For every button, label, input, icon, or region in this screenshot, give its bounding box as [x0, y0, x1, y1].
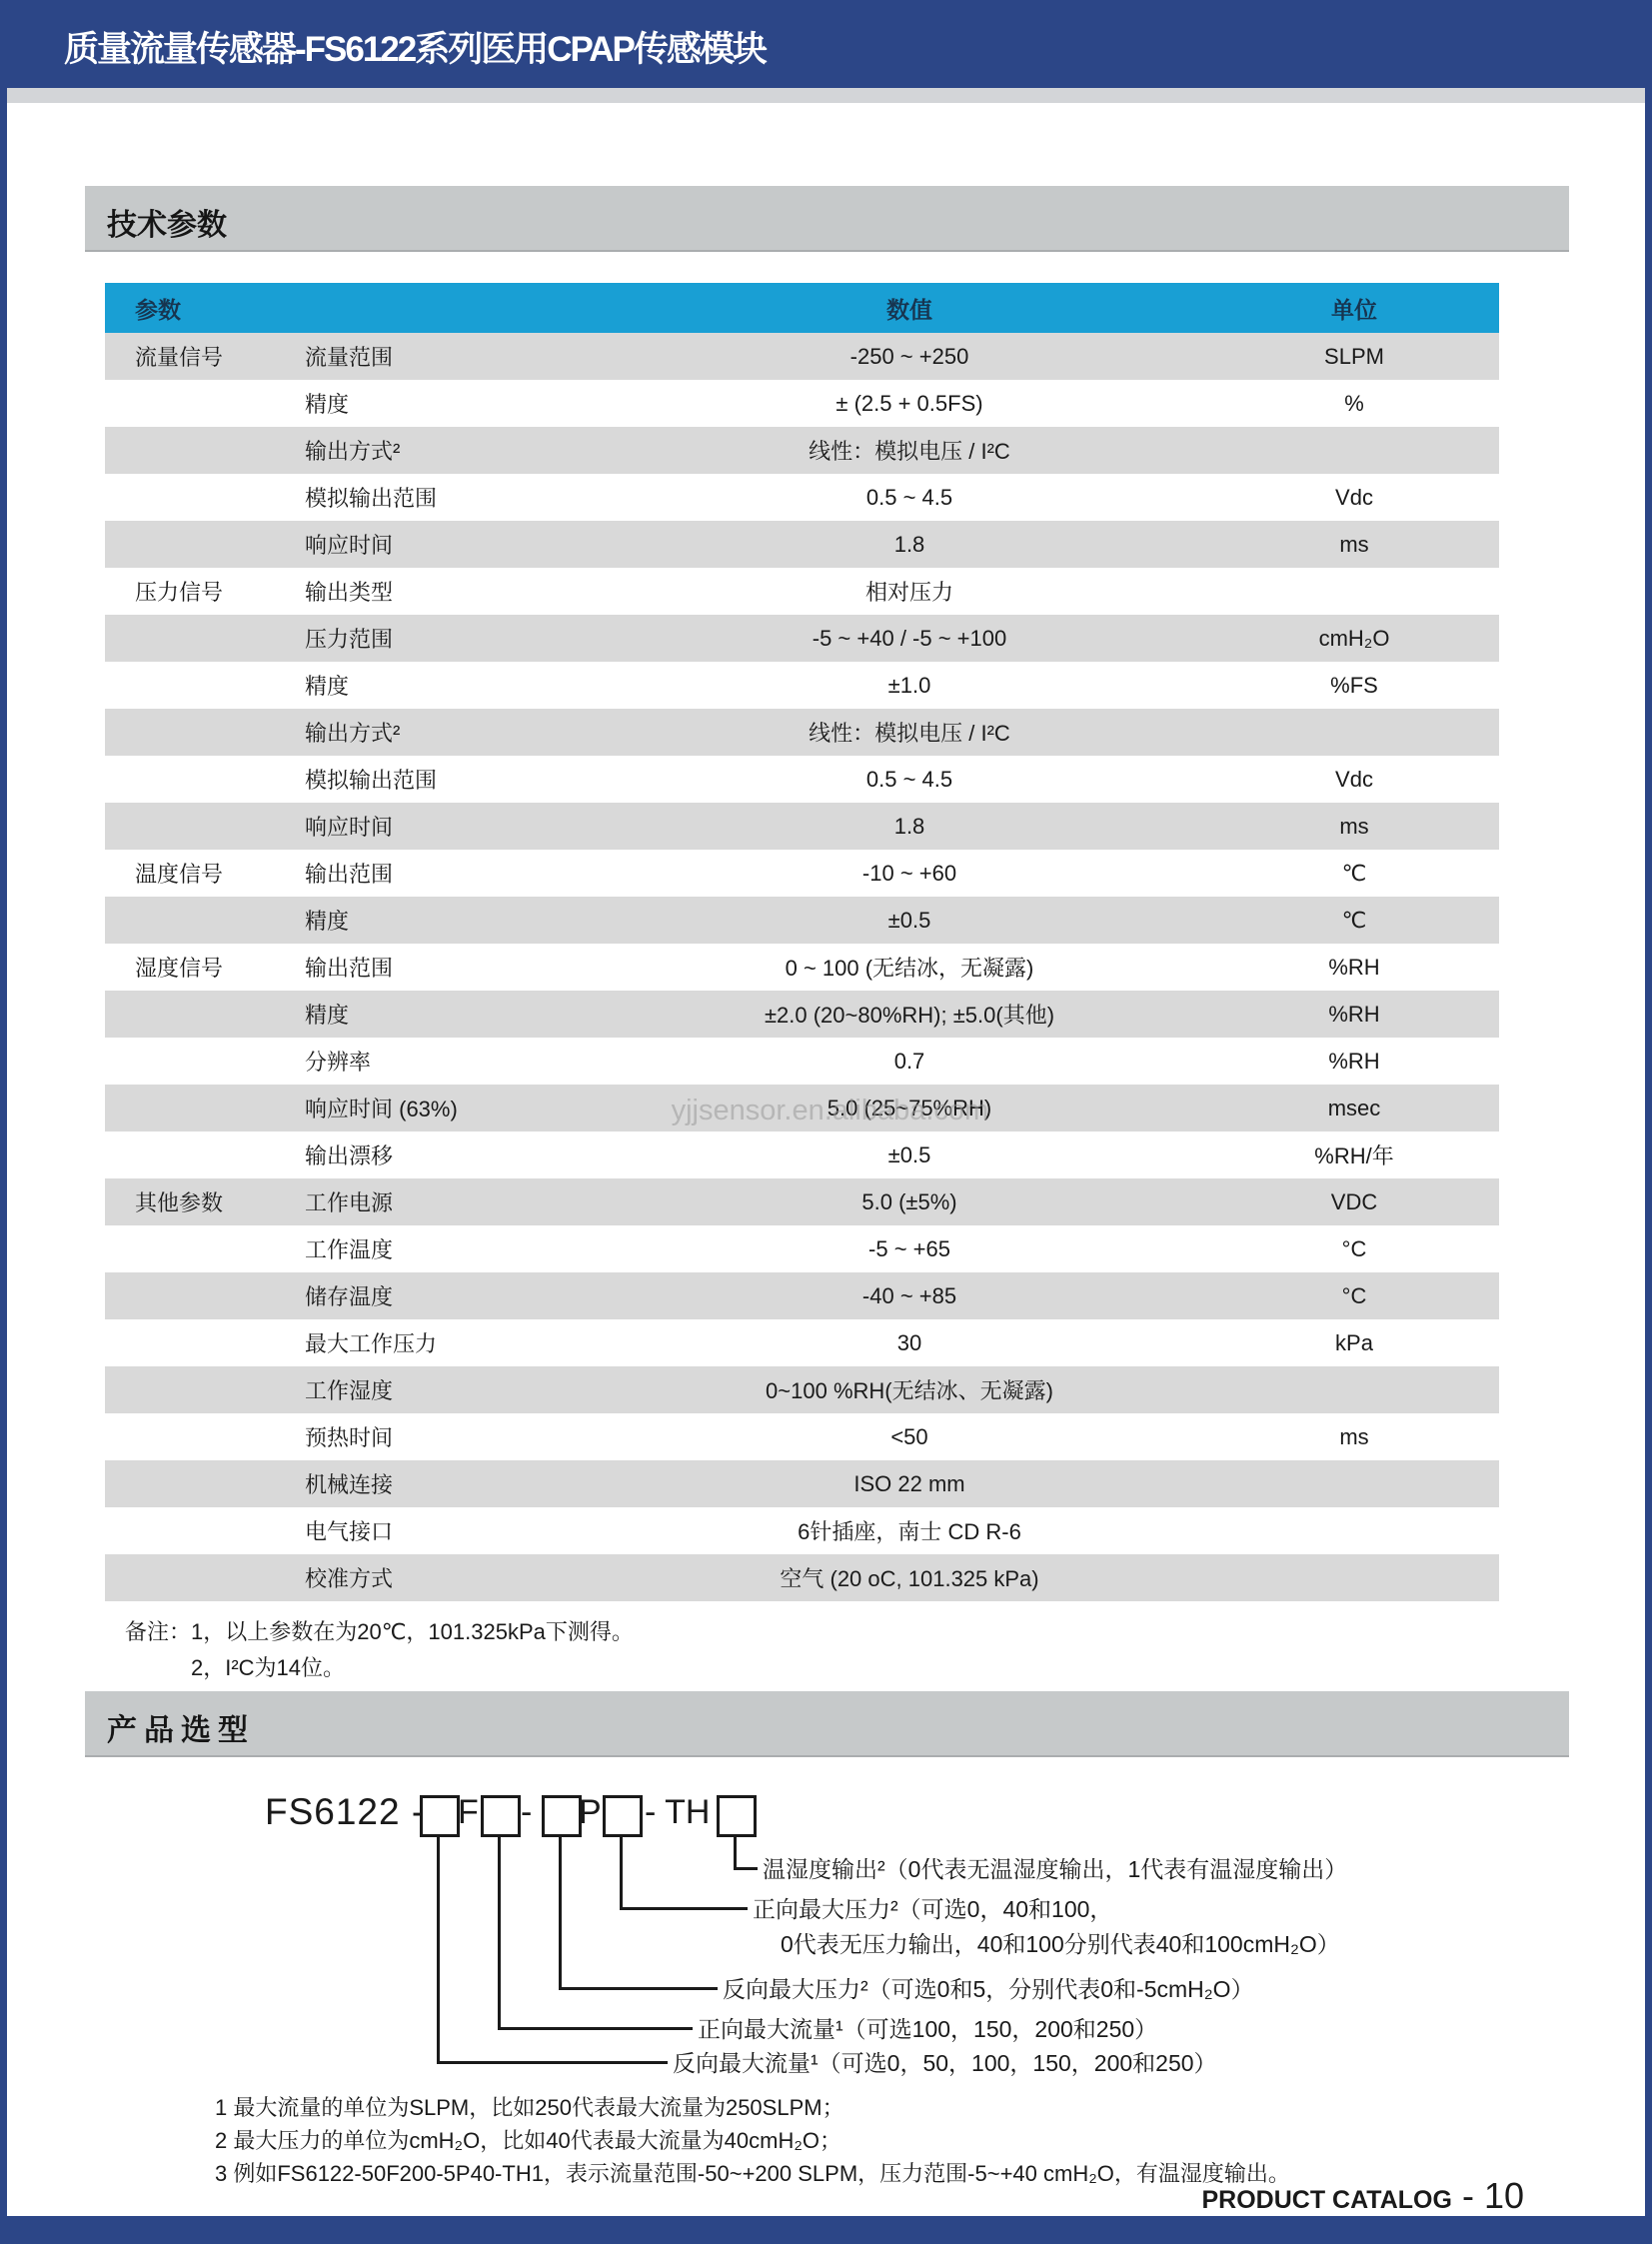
part-number-dash: -	[521, 1793, 532, 1832]
table-row: 最大工作压力 30 kPa	[105, 1319, 1499, 1366]
table-header-row: 参数 数值 单位	[105, 283, 1499, 333]
table-row: 输出方式² 线性：模拟电压 / I²C	[105, 427, 1499, 474]
cell-parameter: 输出漂移	[305, 1139, 565, 1170]
cell-value: 空气 (20 oC, 101.325 kPa)	[565, 1562, 1254, 1593]
code-box-reverse-pressure	[542, 1795, 582, 1837]
legend-reverse-max-pressure: 反向最大压力²（可选0和5，分别代表0和-5cmH₂O）	[723, 1971, 1254, 2004]
cell-unit: °C	[1254, 1236, 1454, 1262]
cell-unit: ℃	[1254, 861, 1454, 887]
table-row: 输出方式² 线性：模拟电压 / I²C	[105, 709, 1499, 756]
cell-parameter: 储存温度	[305, 1280, 565, 1311]
cell-signal-group: 流量信号	[135, 341, 305, 372]
catalog-page: 质量流量传感器-FS6122系列医用CPAP传感模块 技术参数 参数 数值 单位…	[0, 0, 1652, 2244]
cell-parameter: 精度	[305, 388, 565, 419]
table-row: 工作温度 -5 ~ +65 °C	[105, 1225, 1499, 1272]
cell-unit: %RH	[1254, 955, 1454, 981]
remark-line-1: 备注：1，以上参数在为20℃，101.325kPa下测得。	[125, 1614, 634, 1650]
table-row: 校准方式 空气 (20 oC, 101.325 kPa)	[105, 1554, 1499, 1601]
cell-value: ±0.5	[565, 1142, 1254, 1168]
cell-value: 6针插座，南士 CD R-6	[565, 1515, 1254, 1546]
part-number-letters-th: - TH	[645, 1793, 710, 1832]
cell-value: -5 ~ +65	[565, 1236, 1254, 1262]
column-header-parameter: 参数	[135, 292, 305, 325]
cell-parameter: 输出方式²	[305, 717, 565, 748]
cell-value: ± (2.5 + 0.5FS)	[565, 391, 1254, 417]
cell-signal-group: 压力信号	[135, 576, 305, 607]
cell-value: 0.5 ~ 4.5	[565, 767, 1254, 793]
legend-reverse-max-flow: 反向最大流量¹（可选0，50，100，150，200和250）	[673, 2045, 1217, 2078]
cell-value: ±2.0 (20~80%RH); ±5.0(其他)	[565, 999, 1254, 1030]
cell-parameter: 输出范围	[305, 952, 565, 983]
cell-parameter: 工作湿度	[305, 1374, 565, 1405]
cell-parameter: 输出范围	[305, 858, 565, 889]
code-box-forward-pressure	[603, 1795, 643, 1837]
legend-temp-humidity-output: 温湿度输出²（0代表无温湿度输出，1代表有温湿度输出）	[763, 1851, 1347, 1884]
cell-parameter: 响应时间	[305, 529, 565, 560]
cell-value: 5.0 (25~75%RH)	[565, 1096, 1254, 1122]
page-header: 质量流量传感器-FS6122系列医用CPAP传感模块	[0, 0, 1652, 88]
tech-section-bar: 技术参数	[85, 186, 1569, 252]
cell-unit: %	[1254, 391, 1454, 417]
part-number-letter-f: F	[458, 1793, 479, 1832]
right-page-border	[1645, 0, 1652, 2244]
cell-unit: °C	[1254, 1283, 1454, 1309]
page-title: 质量流量传感器-FS6122系列医用CPAP传感模块	[64, 22, 766, 72]
cell-value: 相对压力	[565, 576, 1254, 607]
cell-unit: Vdc	[1254, 485, 1454, 511]
footnote-1: 1 最大流量的单位为SLPM，比如250代表最大流量为250SLPM；	[215, 2091, 1290, 2124]
cell-value: 线性：模拟电压 / I²C	[565, 717, 1254, 748]
cell-parameter: 最大工作压力	[305, 1327, 565, 1358]
cell-value: -10 ~ +60	[565, 861, 1254, 887]
table-row: 预热时间 <50 ms	[105, 1413, 1499, 1460]
connector-reverse-flow	[437, 1837, 668, 2064]
code-box-forward-flow	[481, 1795, 521, 1837]
cell-unit: ms	[1254, 814, 1454, 840]
table-row: 模拟输出范围 0.5 ~ 4.5 Vdc	[105, 756, 1499, 803]
table-row: 响应时间 1.8 ms	[105, 803, 1499, 850]
cell-parameter: 响应时间	[305, 811, 565, 842]
cell-parameter: 输出方式²	[305, 435, 565, 466]
cell-parameter: 模拟输出范围	[305, 482, 565, 513]
cell-unit: SLPM	[1254, 344, 1454, 370]
cell-value: 30	[565, 1330, 1254, 1356]
cell-parameter: 模拟输出范围	[305, 764, 565, 795]
part-number-diagram: FS6122 - F - P - TH 温湿度输出²（0代表无温湿度输出，1代表…	[105, 1789, 1564, 2089]
table-row: 机械连接 ISO 22 mm	[105, 1460, 1499, 1507]
cell-unit: cmH₂O	[1254, 626, 1454, 652]
table-row: 模拟输出范围 0.5 ~ 4.5 Vdc	[105, 474, 1499, 521]
cell-unit: %RH	[1254, 1002, 1454, 1028]
cell-unit: Vdc	[1254, 767, 1454, 793]
cell-value: -40 ~ +85	[565, 1283, 1254, 1309]
column-header-value: 数值	[565, 292, 1254, 325]
cell-value: 0.7	[565, 1049, 1254, 1075]
cell-unit: VDC	[1254, 1189, 1454, 1215]
footnote-3: 3 例如FS6122-50F200-5P40-TH1，表示流量范围-50~+20…	[215, 2157, 1290, 2190]
table-row: 精度 ±1.0 %FS	[105, 662, 1499, 709]
cell-unit: %RH	[1254, 1049, 1454, 1075]
cell-unit: ms	[1254, 1424, 1454, 1450]
cell-parameter: 压力范围	[305, 623, 565, 654]
page-number: - 10	[1462, 2175, 1524, 2216]
footnote-2: 2 最大压力的单位为cmH₂O，比如40代表最大流量为40cmH₂O；	[215, 2124, 1290, 2157]
cell-parameter: 精度	[305, 905, 565, 936]
cell-value: 线性：模拟电压 / I²C	[565, 435, 1254, 466]
table-row: 流量信号 流量范围 -250 ~ +250 SLPM	[105, 333, 1499, 380]
column-header-unit: 单位	[1254, 292, 1454, 325]
code-box-reverse-flow	[420, 1795, 460, 1837]
remark-line-2: 2，I²C为14位。	[125, 1650, 634, 1686]
table-row: 分辨率 0.7 %RH	[105, 1038, 1499, 1085]
cell-value: 5.0 (±5%)	[565, 1189, 1254, 1215]
cell-signal-group: 温度信号	[135, 858, 305, 889]
table-row: 温度信号 输出范围 -10 ~ +60 ℃	[105, 850, 1499, 897]
cell-value: 1.8	[565, 814, 1254, 840]
cell-value: 0~100 %RH(无结冰、无凝露)	[565, 1374, 1254, 1405]
table-row: 湿度信号 输出范围 0 ~ 100 (无结冰，无凝露) %RH	[105, 944, 1499, 991]
cell-parameter: 工作温度	[305, 1233, 565, 1264]
cell-unit: msec	[1254, 1096, 1454, 1122]
selection-footnotes: 1 最大流量的单位为SLPM，比如250代表最大流量为250SLPM； 2 最大…	[215, 2091, 1290, 2190]
page-footer: PRODUCT CATALOG- 10	[1202, 2175, 1525, 2217]
cell-unit: %FS	[1254, 673, 1454, 699]
left-page-border	[0, 0, 7, 2244]
cell-signal-group: 湿度信号	[135, 952, 305, 983]
cell-parameter: 电气接口	[305, 1515, 565, 1546]
tech-section-heading: 技术参数	[107, 200, 227, 244]
cell-value: ±0.5	[565, 908, 1254, 934]
part-number-letter-p: P	[579, 1793, 602, 1832]
legend-forward-max-pressure: 正向最大压力²（可选0，40和100，	[753, 1891, 1112, 1924]
table-row: 响应时间 (63%) 5.0 (25~75%RH) msec	[105, 1085, 1499, 1131]
header-divider-strip	[0, 88, 1652, 103]
cell-signal-group: 其他参数	[135, 1186, 305, 1217]
cell-value: ±1.0	[565, 673, 1254, 699]
selection-section-bar: 产品选型	[85, 1691, 1569, 1757]
cell-unit: ℃	[1254, 908, 1454, 934]
cell-parameter: 输出类型	[305, 576, 565, 607]
cell-parameter: 工作电源	[305, 1186, 565, 1217]
cell-parameter: 分辨率	[305, 1046, 565, 1077]
cell-unit: kPa	[1254, 1330, 1454, 1356]
cell-value: 1.8	[565, 532, 1254, 558]
cell-parameter: 校准方式	[305, 1562, 565, 1593]
legend-forward-max-flow: 正向最大流量¹（可选100，150，200和250）	[698, 2011, 1157, 2044]
cell-value: <50	[565, 1424, 1254, 1450]
table-row: 工作湿度 0~100 %RH(无结冰、无凝露)	[105, 1366, 1499, 1413]
cell-parameter: 精度	[305, 670, 565, 701]
cell-value: ISO 22 mm	[565, 1471, 1254, 1497]
table-row: 储存温度 -40 ~ +85 °C	[105, 1272, 1499, 1319]
cell-parameter: 流量范围	[305, 341, 565, 372]
cell-parameter: 响应时间 (63%)	[305, 1093, 565, 1123]
cell-value: -5 ~ +40 / -5 ~ +100	[565, 626, 1254, 652]
selection-section-heading: 产品选型	[107, 1705, 255, 1749]
table-row: 其他参数 工作电源 5.0 (±5%) VDC	[105, 1178, 1499, 1225]
table-row: 响应时间 1.8 ms	[105, 521, 1499, 568]
cell-unit: ms	[1254, 532, 1454, 558]
table-row: 压力信号 输出类型 相对压力	[105, 568, 1499, 615]
table-row: 压力范围 -5 ~ +40 / -5 ~ +100 cmH₂O	[105, 615, 1499, 662]
part-number-prefix: FS6122 -	[265, 1791, 425, 1833]
table-row: 输出漂移 ±0.5 %RH/年	[105, 1131, 1499, 1178]
table-row: 电气接口 6针插座，南士 CD R-6	[105, 1507, 1499, 1554]
cell-value: -250 ~ +250	[565, 344, 1254, 370]
cell-value: 0.5 ~ 4.5	[565, 485, 1254, 511]
table-row: 精度 ± (2.5 + 0.5FS) %	[105, 380, 1499, 427]
table-row: 精度 ±0.5 ℃	[105, 897, 1499, 944]
table-remarks: 备注：1，以上参数在为20℃，101.325kPa下测得。 2，I²C为14位。	[125, 1614, 634, 1686]
cell-parameter: 精度	[305, 999, 565, 1030]
legend-forward-max-pressure-cont: 0代表无压力输出，40和100分别代表40和100cmH₂O）	[781, 1926, 1340, 1959]
cell-value: 0 ~ 100 (无结冰，无凝露)	[565, 952, 1254, 983]
cell-parameter: 机械连接	[305, 1468, 565, 1499]
catalog-label: PRODUCT CATALOG	[1202, 2186, 1452, 2214]
tech-parameters-table: 参数 数值 单位 流量信号 流量范围 -250 ~ +250 SLPM 精度 ±…	[105, 283, 1499, 1601]
cell-parameter: 预热时间	[305, 1421, 565, 1452]
bottom-page-border	[0, 2216, 1652, 2244]
code-box-temp-humidity	[717, 1795, 757, 1837]
table-row: 精度 ±2.0 (20~80%RH); ±5.0(其他) %RH	[105, 991, 1499, 1038]
table-body: 流量信号 流量范围 -250 ~ +250 SLPM 精度 ± (2.5 + 0…	[105, 333, 1499, 1601]
cell-unit: %RH/年	[1254, 1139, 1454, 1170]
